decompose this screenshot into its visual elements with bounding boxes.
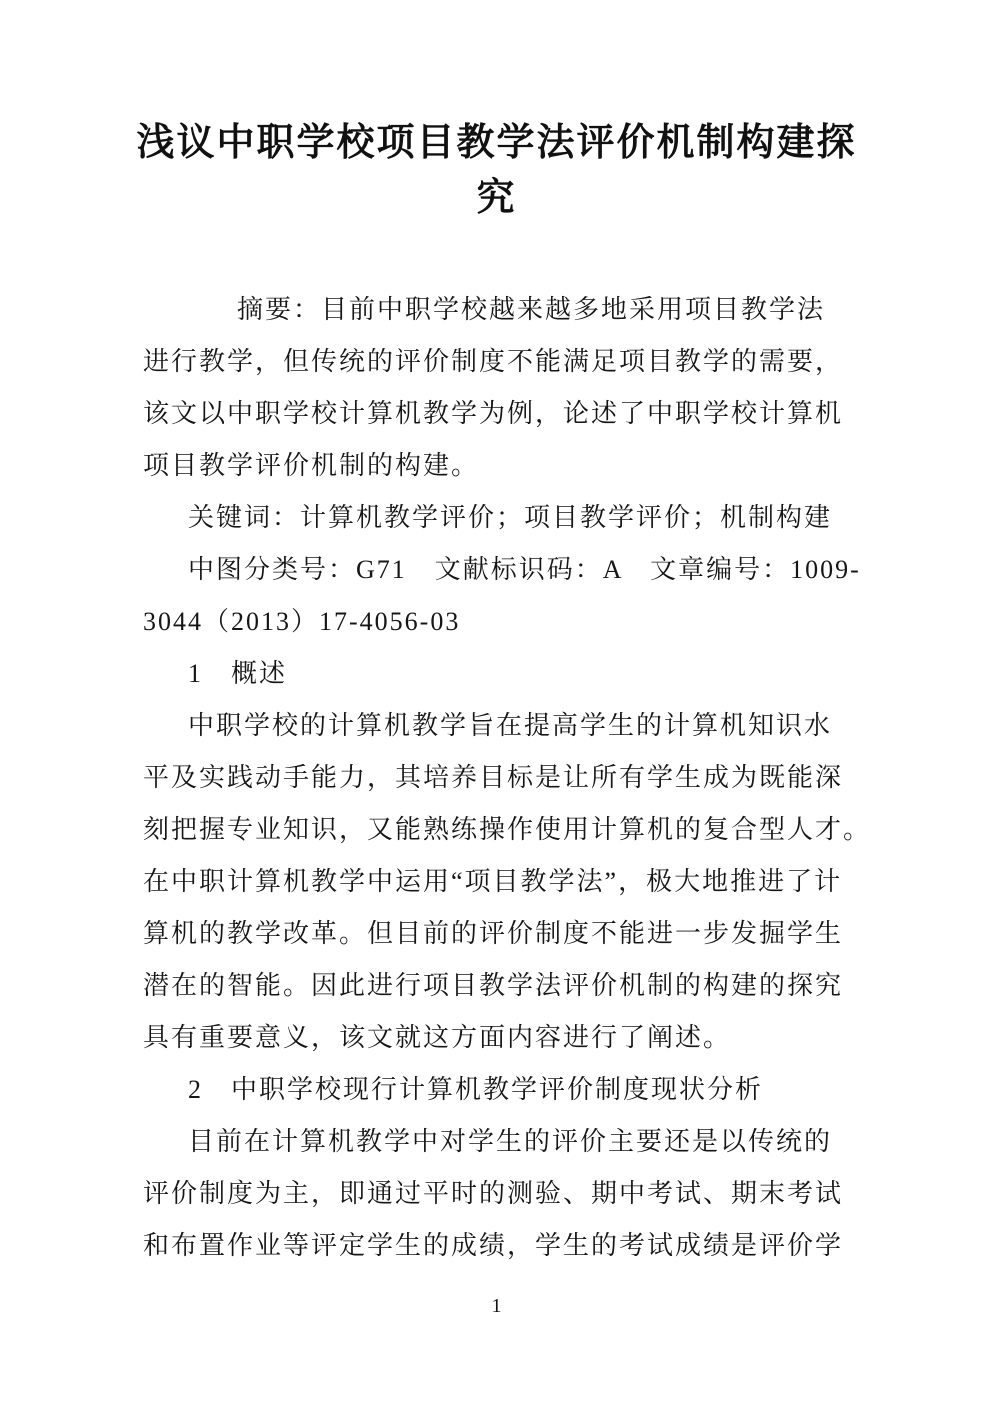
body-text-line-7: 3044（2013）17-4056-03	[143, 596, 853, 648]
body-text-line-17: 目前在计算机教学中对学生的评价主要还是以传统的	[143, 1116, 853, 1168]
body-text-line-10: 平及实践动手能力，其培养目标是让所有学生成为既能深	[143, 752, 853, 804]
body-text-line-5: 关键词：计算机教学评价；项目教学评价；机制构建	[143, 492, 853, 544]
body-text-line-8: 1 概述	[143, 648, 853, 700]
document-title: 浅议中职学校项目教学法评价机制构建探 究	[0, 116, 993, 226]
body-text-line-16: 2 中职学校现行计算机教学评价制度现状分析	[143, 1064, 853, 1116]
document-body: 摘要：目前中职学校越来越多地采用项目教学法进行教学，但传统的评价制度不能满足项目…	[143, 284, 853, 1272]
title-line-2: 究	[0, 171, 993, 226]
body-text-line-14: 潜在的智能。因此进行项目教学法评价机制的构建的探究	[143, 960, 853, 1012]
body-text-line-1: 摘要：目前中职学校越来越多地采用项目教学法	[143, 284, 853, 336]
body-text-line-4: 项目教学评价机制的构建。	[143, 440, 853, 492]
body-text-line-6: 中图分类号：G71 文献标识码：A 文章编号：1009-	[143, 544, 853, 596]
title-line-1: 浅议中职学校项目教学法评价机制构建探	[0, 116, 993, 171]
document-page: 浅议中职学校项目教学法评价机制构建探 究 摘要：目前中职学校越来越多地采用项目教…	[0, 0, 993, 1404]
body-text-line-12: 在中职计算机教学中运用“项目教学法”，极大地推进了计	[143, 856, 853, 908]
body-text-line-13: 算机的教学改革。但目前的评价制度不能进一步发掘学生	[143, 908, 853, 960]
body-text-line-2: 进行教学，但传统的评价制度不能满足项目教学的需要，	[143, 336, 853, 388]
body-text-line-9: 中职学校的计算机教学旨在提高学生的计算机知识水	[143, 700, 853, 752]
body-text-line-18: 评价制度为主，即通过平时的测验、期中考试、期末考试	[143, 1168, 853, 1220]
body-text-line-19: 和布置作业等评定学生的成绩，学生的考试成绩是评价学	[143, 1220, 853, 1272]
body-text-line-3: 该文以中职学校计算机教学为例，论述了中职学校计算机	[143, 388, 853, 440]
body-text-line-11: 刻把握专业知识，又能熟练操作使用计算机的复合型人才。	[143, 804, 853, 856]
body-text-line-15: 具有重要意义，该文就这方面内容进行了阐述。	[143, 1012, 853, 1064]
page-number: 1	[0, 1294, 993, 1318]
